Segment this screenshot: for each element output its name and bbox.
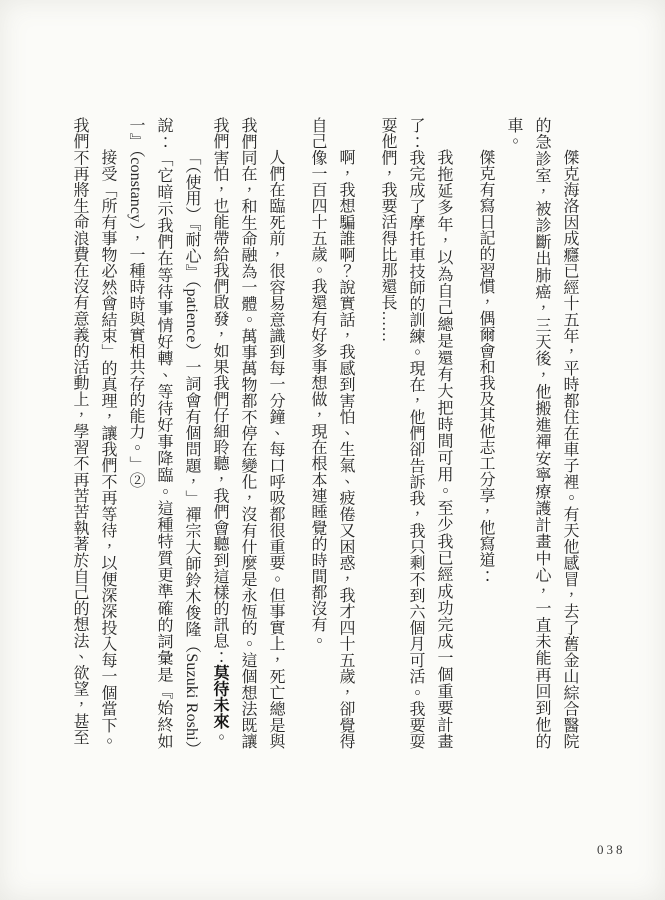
paragraph-jack-intro: 傑克海洛因成癮已經十五年，平時都住在車子裡。有天他感冒，去了舊金山綜合醫院的急診… — [499, 117, 583, 749]
paragraph-suzuki-roshi-quote: 「（使用）『耐心』（patience）一詞會有個問題，」禪宗大師鈴木俊隆（Suz… — [121, 117, 205, 749]
book-page: 傑克海洛因成癮已經十五年，平時都住在車子裡。有天他感冒，去了舊金山綜合醫院的急診… — [0, 0, 665, 900]
paragraph-impermanence: 人們在臨死前，很容易意識到每一分鐘、每口呼吸都很重要。但事實上，死亡總是與我們同… — [205, 117, 289, 749]
paragraph-text-after-emphasis: 。 — [211, 729, 228, 745]
paragraph-text-before-emphasis: 人們在臨死前，很容易意識到每一分鐘、每口呼吸都很重要。但事實上，死亡總是與我們同… — [211, 117, 284, 749]
diary-quote-paragraph-1: 我拖延多年，以為自己總是還有大把時間可用。至少我已經成功完成一個重要計畫了：我完… — [373, 117, 457, 749]
paragraph-acceptance: 接受「所有事物必然會結束」的真理，讓我們不再等待，以便深深投入每一個當下。我們不… — [65, 117, 121, 749]
emphasis-text: 莫待未來 — [211, 664, 228, 728]
page-number: 038 — [597, 842, 626, 858]
paragraph-diary-intro: 傑克有寫日記的習慣，偶爾會和我及其他志工分享，他寫道： — [471, 117, 499, 749]
body-text: 傑克海洛因成癮已經十五年，平時都住在車子裡。有天他感冒，去了舊金山綜合醫院的急診… — [65, 117, 583, 749]
diary-quote-paragraph-2: 啊，我想騙誰啊？說實話，我感到害怕、生氣、疲倦又困惑，我才四十五歲，卻覺得自己像… — [303, 117, 359, 749]
